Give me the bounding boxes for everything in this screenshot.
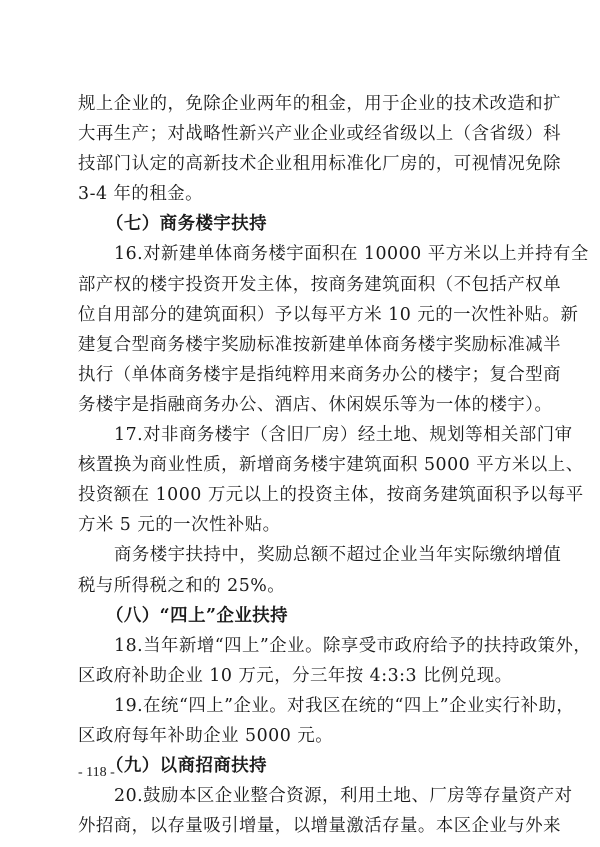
document-body: 规上企业的，免除企业两年的租金，用于企业的技术改造和扩 大再生产；对战略性新兴产…: [78, 89, 522, 841]
text-line: 规上企业的，免除企业两年的租金，用于企业的技术改造和扩: [78, 89, 522, 119]
text-line: 区政府每年补助企业 5000 元。: [78, 721, 522, 751]
document-page: 规上企业的，免除企业两年的租金，用于企业的技术改造和扩 大再生产；对战略性新兴产…: [0, 0, 600, 847]
section-heading: （八）“四上”企业扶持: [78, 601, 522, 631]
text-line: 执行（单体商务楼宇是指纯粹用来商务办公的楼宇；复合型商: [78, 360, 522, 390]
text-line: 部产权的楼宇投资开发主体，按商务建筑面积（不包括产权单: [78, 270, 522, 300]
text-line: 18.当年新增“四上”企业。除享受市政府给予的扶持政策外，: [78, 631, 522, 661]
text-line: 20.鼓励本区企业整合资源，利用土地、厂房等存量资产对: [78, 781, 522, 811]
text-line: 投资额在 1000 万元以上的投资主体，按商务建筑面积予以每平: [78, 480, 522, 510]
section-heading: （七）商务楼宇扶持: [78, 209, 522, 239]
page-number: - 118 -: [78, 765, 115, 781]
section-heading: （九）以商招商扶持: [78, 751, 522, 781]
text-line: 16.对新建单体商务楼宇面积在 10000 平方米以上并持有全: [78, 239, 522, 269]
text-line: 位自用部分的建筑面积）予以每平方米 10 元的一次性补贴。新: [78, 300, 522, 330]
text-line: 商务楼宇扶持中，奖励总额不超过企业当年实际缴纳增值: [78, 540, 522, 570]
text-line: 方米 5 元的一次性补贴。: [78, 510, 522, 540]
text-line: 区政府补助企业 10 万元，分三年按 4:3:3 比例兑现。: [78, 661, 522, 691]
text-line: 外招商，以存量吸引增量，以增量激活存量。本区企业与外来: [78, 811, 522, 841]
text-line: 3-4 年的租金。: [78, 179, 522, 209]
text-line: 税与所得税之和的 25%。: [78, 571, 522, 601]
text-line: 核置换为商业性质，新增商务楼宇建筑面积 5000 平方米以上、: [78, 450, 522, 480]
text-line: 17.对非商务楼宇（含旧厂房）经土地、规划等相关部门审: [78, 420, 522, 450]
text-line: 务楼宇是指融商务办公、酒店、休闲娱乐等为一体的楼宇）。: [78, 390, 522, 420]
text-line: 大再生产；对战略性新兴产业企业或经省级以上（含省级）科: [78, 119, 522, 149]
text-line: 建复合型商务楼宇奖励标准按新建单体商务楼宇奖励标准减半: [78, 330, 522, 360]
text-line: 19.在统“四上”企业。对我区在统的“四上”企业实行补助，: [78, 691, 522, 721]
text-line: 技部门认定的高新技术企业租用标准化厂房的，可视情况免除: [78, 149, 522, 179]
